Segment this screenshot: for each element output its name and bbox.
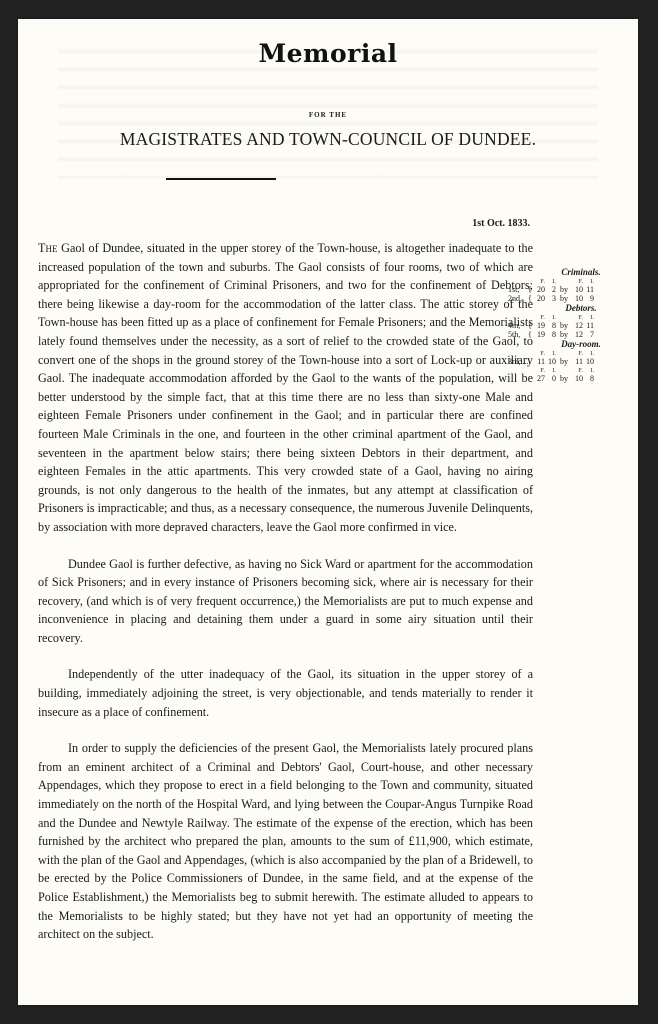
cell-by: by: [556, 295, 572, 304]
cell-by: by: [556, 358, 572, 367]
table-units-row: F.I.F.I.: [508, 367, 638, 376]
cell-value: 7: [583, 331, 594, 340]
title-divider: [166, 178, 276, 180]
cell-value: 11: [572, 358, 583, 367]
paragraph-4: In order to supply the deficiencies of t…: [38, 739, 533, 944]
table-row: 270by108: [508, 375, 638, 384]
cell-value: 8: [545, 331, 556, 340]
table-row: 3rd,.....1110by1110: [508, 358, 638, 367]
cell-value: 10: [572, 375, 583, 384]
cell-value: 9: [583, 295, 594, 304]
cell-value: 12: [572, 331, 583, 340]
paragraph-3: Independently of the utter inadequacy of…: [38, 665, 533, 721]
cell-value: 10: [583, 358, 594, 367]
table-row: 2nd,{203by109: [508, 295, 638, 304]
paragraph-lead: The: [38, 241, 57, 255]
room-label: 2nd,: [508, 295, 528, 304]
document-date: 1st Oct. 1833.: [18, 218, 530, 229]
spacer: [508, 367, 528, 376]
room-label: 3rd,.....: [508, 358, 528, 367]
room-label: [508, 375, 528, 384]
paragraph-text: Gaol of Dundee, situated in the upper st…: [38, 241, 533, 534]
cell-value: 19: [534, 331, 545, 340]
room-dimensions-table: Criminals.F.I.F.I.1st,{202by10112nd,{203…: [508, 267, 638, 384]
table-section-heading: Day-room.: [508, 340, 638, 349]
cell-value: 3: [545, 295, 556, 304]
cell-value: 20: [534, 295, 545, 304]
paragraph-2: Dundee Gaol is further defective, as hav…: [38, 555, 533, 648]
room-label: 5th,: [508, 331, 528, 340]
cell-value: 27: [534, 375, 545, 384]
document-subtitle: FOR THE: [18, 111, 638, 119]
cell-by: by: [556, 375, 572, 384]
paragraph-1: The Gaol of Dundee, situated in the uppe…: [38, 239, 533, 537]
document-page: Memorial FOR THE MAGISTRATES AND TOWN-CO…: [18, 19, 638, 1005]
cell-value: 10: [545, 358, 556, 367]
table-section-heading: Criminals.: [508, 268, 638, 277]
cell-value: 0: [545, 375, 556, 384]
table-row: 5th,{198by127: [508, 331, 638, 340]
table-section-heading: Debtors.: [508, 304, 638, 313]
document-body: The Gaol of Dundee, situated in the uppe…: [38, 239, 533, 962]
document-addressee: MAGISTRATES AND TOWN-COUNCIL OF DUNDEE.: [18, 129, 638, 150]
cell-value: 8: [583, 375, 594, 384]
cell-value: 10: [572, 295, 583, 304]
document-title: Memorial: [18, 39, 638, 68]
cell-value: 11: [534, 358, 545, 367]
cell-by: by: [556, 331, 572, 340]
